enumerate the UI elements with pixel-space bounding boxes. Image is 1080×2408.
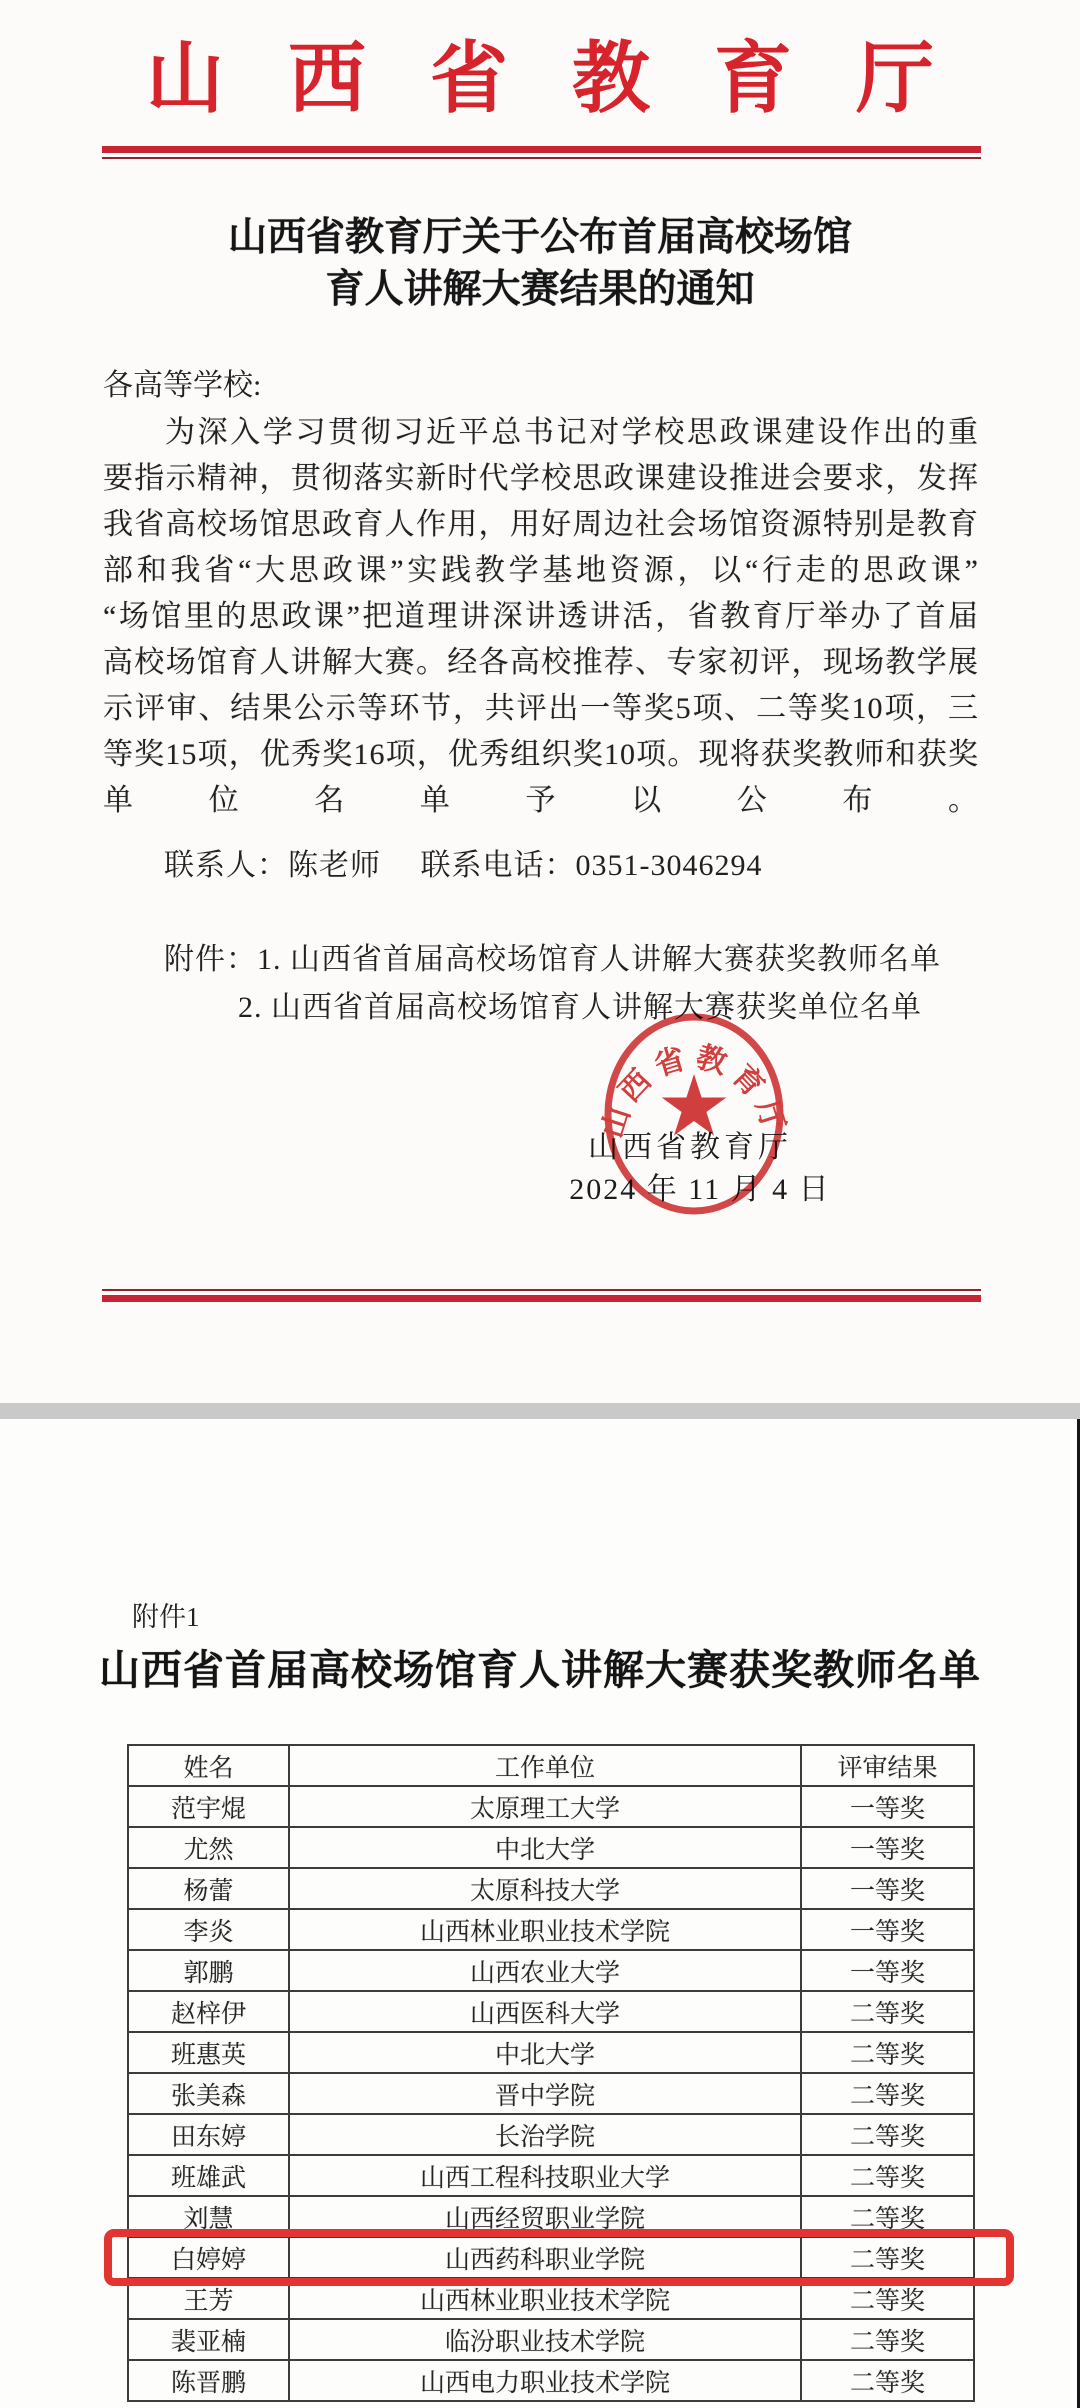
cell-name: 杨蕾	[128, 1868, 289, 1909]
cell-name: 田东婷	[128, 2114, 289, 2155]
cell-result: 一等奖	[801, 1786, 974, 1827]
cell-result: 二等奖	[801, 2073, 974, 2114]
cell-unit: 山西农业大学	[289, 1950, 801, 1991]
body-line: “场馆里的思政课”把道理讲深讲透讲活，省教育厅举办了首届	[103, 594, 979, 640]
cell-result: 二等奖	[801, 2278, 974, 2319]
cell-result: 二等奖	[801, 2319, 974, 2360]
cell-unit: 山西经贸职业学院	[289, 2196, 801, 2237]
table-header-row: 姓名 工作单位 评审结果	[128, 1745, 974, 1786]
cell-result: 二等奖	[801, 1991, 974, 2032]
cell-unit: 临汾职业技术学院	[289, 2319, 801, 2360]
table-row: 班惠英 中北大学 二等奖	[128, 2032, 974, 2073]
table-row: 李炎 山西林业职业技术学院 一等奖	[128, 1909, 974, 1950]
body-line: 要指示精神，贯彻落实新时代学校思政课建设推进会要求，发挥	[103, 456, 979, 502]
cell-name: 范宇焜	[128, 1786, 289, 1827]
cell-name: 陈晋鹏	[128, 2360, 289, 2401]
document-screenshot: 山西省教育厅 山西省教育厅关于公布首届高校场馆 育人讲解大赛结果的通知 各高等学…	[0, 0, 1080, 2408]
table-row: 田东婷 长治学院 二等奖	[128, 2114, 974, 2155]
agency-letterhead: 山西省教育厅	[0, 16, 1080, 128]
cell-name: 郭鹏	[128, 1950, 289, 1991]
official-seal: 山西省教育厅	[596, 1008, 792, 1220]
cell-name: 白婷婷	[128, 2237, 289, 2278]
attachment-list-line2: 2. 山西省首届高校场馆育人讲解大赛获奖单位名单	[238, 982, 922, 1026]
page2-attachment: 附件1 山西省首届高校场馆育人讲解大赛获奖教师名单 姓名 工作单位 评审结果 范…	[0, 1419, 1080, 2408]
seal-star-icon	[662, 1074, 727, 1136]
body-line: 部和我省“大思政课”实践教学基地资源，以“行走的思政课”	[103, 548, 979, 594]
cell-result: 二等奖	[801, 2114, 974, 2155]
cell-unit: 山西工程科技职业大学	[289, 2155, 801, 2196]
cell-name: 班惠英	[128, 2032, 289, 2073]
cell-result: 一等奖	[801, 1950, 974, 1991]
header-result: 评审结果	[801, 1745, 974, 1786]
table-row: 裴亚楠 临汾职业技术学院 二等奖	[128, 2319, 974, 2360]
cell-result: 一等奖	[801, 1909, 974, 1950]
body-line: 高校场馆育人讲解大赛。经各高校推荐、专家初评，现场教学展	[103, 640, 979, 686]
cell-name: 王芳	[128, 2278, 289, 2319]
cell-unit: 太原科技大学	[289, 1868, 801, 1909]
table-body: 范宇焜 太原理工大学 一等奖 尤然 中北大学 一等奖 杨蕾 太原科技大学 一等奖	[128, 1786, 974, 2401]
notice-body: 为深入学习贯彻习近平总书记对学校思政课建设作出的重 要指示精神，贯彻落实新时代学…	[103, 410, 979, 824]
cell-result: 二等奖	[801, 2360, 974, 2401]
cell-result: 一等奖	[801, 1827, 974, 1868]
body-line: 为深入学习贯彻习近平总书记对学校思政课建设作出的重	[103, 410, 979, 456]
table-row: 杨蕾 太原科技大学 一等奖	[128, 1868, 974, 1909]
table-row: 尤然 中北大学 一等奖	[128, 1827, 974, 1868]
cell-name: 班雄武	[128, 2155, 289, 2196]
page-separator	[0, 1403, 1080, 1419]
cell-name: 张美森	[128, 2073, 289, 2114]
cell-result: 一等奖	[801, 1868, 974, 1909]
cell-unit: 山西药科职业学院	[289, 2237, 801, 2278]
table-row: 范宇焜 太原理工大学 一等奖	[128, 1786, 974, 1827]
body-line: 我省高校场馆思政育人作用，用好周边社会场馆资源特别是教育	[103, 502, 979, 548]
body-line: 示评审、结果公示等环节，共评出一等奖5项、二等奖10项，三	[103, 686, 979, 732]
cell-result: 二等奖	[801, 2237, 974, 2278]
notice-title-line2: 育人讲解大赛结果的通知	[0, 264, 1080, 316]
table-row: 王芳 山西林业职业技术学院 二等奖	[128, 2278, 974, 2319]
table-row: 白婷婷 山西药科职业学院 二等奖	[128, 2237, 974, 2278]
cell-name: 裴亚楠	[128, 2319, 289, 2360]
addressee: 各高等学校:	[103, 360, 261, 404]
cell-unit: 山西电力职业技术学院	[289, 2360, 801, 2401]
award-list-title: 山西省首届高校场馆育人讲解大赛获奖教师名单	[0, 1637, 1080, 1696]
attachment-number-label: 附件1	[132, 1595, 200, 1634]
cell-unit: 山西林业职业技术学院	[289, 1909, 801, 1950]
cell-unit: 中北大学	[289, 2032, 801, 2073]
page1-notice: 山西省教育厅 山西省教育厅关于公布首届高校场馆 育人讲解大赛结果的通知 各高等学…	[0, 0, 1080, 1403]
body-line: 等奖15项，优秀奖16项，优秀组织奖10项。现将获奖教师和获奖	[103, 732, 979, 778]
award-table: 姓名 工作单位 评审结果 范宇焜 太原理工大学 一等奖 尤然 中北大学	[127, 1744, 975, 2402]
footer-rule-thick	[102, 1295, 981, 1302]
table-row: 张美森 晋中学院 二等奖	[128, 2073, 974, 2114]
cell-result: 二等奖	[801, 2196, 974, 2237]
cell-unit: 晋中学院	[289, 2073, 801, 2114]
cell-unit: 太原理工大学	[289, 1786, 801, 1827]
table-row: 班雄武 山西工程科技职业大学 二等奖	[128, 2155, 974, 2196]
header-unit: 工作单位	[289, 1745, 801, 1786]
cell-name: 刘慧	[128, 2196, 289, 2237]
contact-line: 联系人：陈老师 联系电话：0351-3046294	[164, 840, 763, 884]
table-row: 赵梓伊 山西医科大学 二等奖	[128, 1991, 974, 2032]
cell-unit: 长治学院	[289, 2114, 801, 2155]
letterhead-rule-thin	[102, 157, 981, 159]
cell-unit: 山西林业职业技术学院	[289, 2278, 801, 2319]
table-row: 郭鹏 山西农业大学 一等奖	[128, 1950, 974, 1991]
notice-title-line1: 山西省教育厅关于公布首届高校场馆	[0, 212, 1080, 264]
attachment-list-line1: 附件：1. 山西省首届高校场馆育人讲解大赛获奖教师名单	[164, 934, 941, 978]
letterhead-rule-thick	[102, 146, 981, 153]
cell-unit: 中北大学	[289, 1827, 801, 1868]
cell-result: 二等奖	[801, 2155, 974, 2196]
footer-rule-thin	[102, 1289, 981, 1291]
body-line: 单位名单予以公布。	[103, 778, 979, 824]
cell-name: 李炎	[128, 1909, 289, 1950]
header-name: 姓名	[128, 1745, 289, 1786]
cell-name: 尤然	[128, 1827, 289, 1868]
table-row: 陈晋鹏 山西电力职业技术学院 二等奖	[128, 2360, 974, 2401]
cell-result: 二等奖	[801, 2032, 974, 2073]
cell-unit: 山西医科大学	[289, 1991, 801, 2032]
notice-title: 山西省教育厅关于公布首届高校场馆 育人讲解大赛结果的通知	[0, 212, 1080, 316]
cell-name: 赵梓伊	[128, 1991, 289, 2032]
table-row: 刘慧 山西经贸职业学院 二等奖	[128, 2196, 974, 2237]
